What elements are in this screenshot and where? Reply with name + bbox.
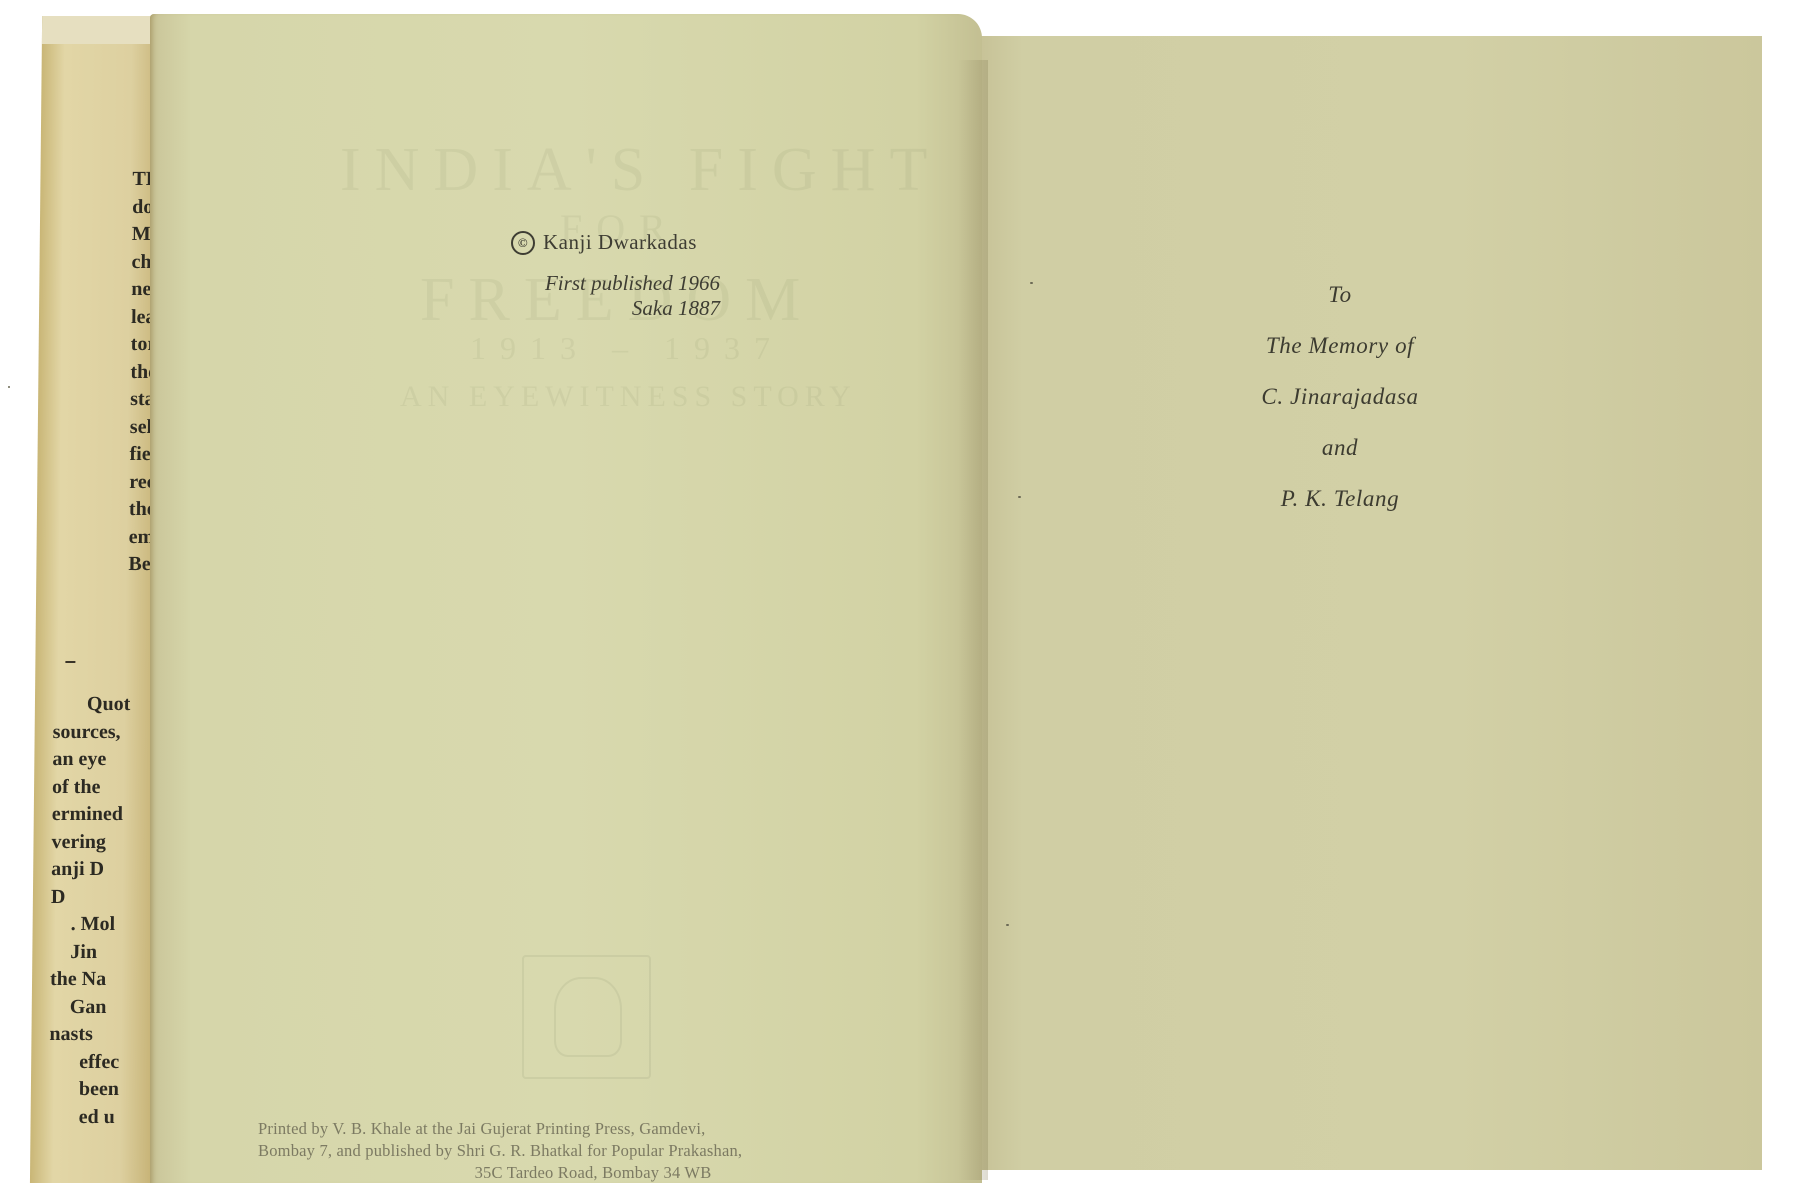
printer-imprint: Printed by V. B. Khale at the Jai Gujera… bbox=[258, 1118, 928, 1184]
paper-speck bbox=[1006, 924, 1009, 926]
dedication-name-2: P. K. Telang bbox=[1200, 479, 1480, 530]
logo-mark-icon bbox=[554, 977, 622, 1057]
dedication-name-1: C. Jinarajadasa bbox=[1200, 377, 1480, 428]
copyright-block: ©Kanji Dwarkadas First published 1966 Sa… bbox=[505, 230, 825, 321]
imprint-line-1: Printed by V. B. Khale at the Jai Gujera… bbox=[258, 1118, 928, 1140]
dedication-block: To The Memory of C. Jinarajadasa and P. … bbox=[1200, 275, 1480, 530]
bleed-through-line: AN EYEWITNESS STORY bbox=[400, 380, 857, 414]
paper-speck bbox=[8, 386, 10, 388]
gutter-shadow bbox=[958, 60, 988, 1180]
paper-speck bbox=[1030, 282, 1033, 284]
saka-date: Saka 1887 bbox=[505, 296, 720, 321]
paper-speck bbox=[1018, 496, 1021, 498]
imprint-line-2: Bombay 7, and published by Shri G. R. Bh… bbox=[258, 1140, 928, 1162]
right-page bbox=[976, 36, 1762, 1170]
publisher-logo-bleed bbox=[522, 955, 651, 1079]
flap-dash-mark bbox=[65, 661, 75, 663]
dedication-memory: The Memory of bbox=[1200, 326, 1480, 377]
imprint-line-3: 35C Tardeo Road, Bombay 34 WB bbox=[258, 1162, 928, 1184]
copyright-owner: Kanji Dwarkadas bbox=[543, 230, 697, 254]
first-published: First published 1966 bbox=[505, 271, 720, 296]
bleed-through-line: 1913 – 1937 bbox=[470, 330, 784, 367]
copyright-owner-line: ©Kanji Dwarkadas bbox=[505, 230, 825, 255]
dedication-and: and bbox=[1200, 428, 1480, 479]
photo-bottom-margin bbox=[0, 1183, 1800, 1200]
dedication-to: To bbox=[1200, 275, 1480, 326]
copyright-icon: © bbox=[511, 231, 535, 255]
bleed-through-title: INDIA'S FIGHT bbox=[340, 135, 941, 206]
